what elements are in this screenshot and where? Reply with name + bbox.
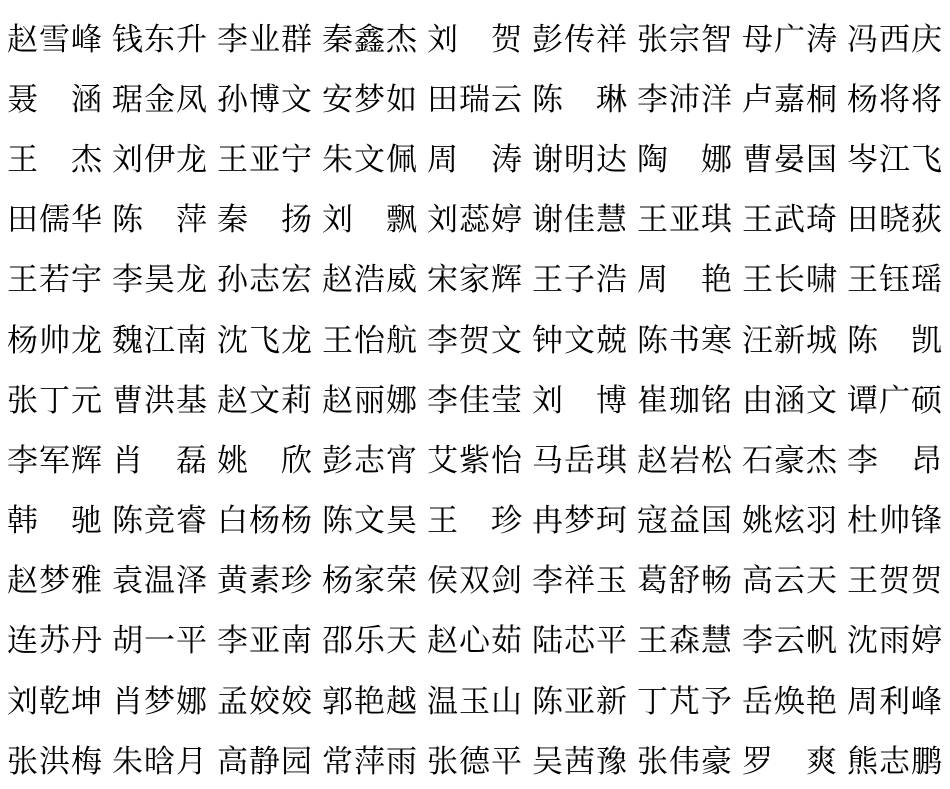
person-name: 王 珍 <box>427 495 523 540</box>
person-name: 邵乐天 <box>322 615 418 660</box>
person-name: 白杨杨 <box>217 495 313 540</box>
name-row: 张丁元曹洪基赵文莉赵丽娜李佳莹刘 博崔珈铭由涵文谭广硕 <box>7 367 943 427</box>
person-name: 聂 涵 <box>7 74 103 119</box>
person-name: 母广涛 <box>742 14 838 59</box>
name-row: 杨帅龙魏江南沈飞龙王怡航李贺文钟文兢陈书寒汪新城陈 凯 <box>7 307 943 367</box>
person-name: 安梦如 <box>322 74 418 119</box>
name-row: 李军辉肖 磊姚 欣彭志宵艾紫怡马岳琪赵岩松石豪杰李 昂 <box>7 427 943 487</box>
person-name: 赵浩威 <box>322 254 418 299</box>
name-list-page: 赵雪峰钱东升李业群秦鑫杰刘 贺彭传祥张宗智母广涛冯西庆聂 涵琚金凤孙博文安梦如田… <box>0 0 950 789</box>
person-name: 侯双剑 <box>427 555 523 600</box>
person-name: 陈文昊 <box>322 495 418 540</box>
person-name: 王若宇 <box>7 254 103 299</box>
person-name: 田晓荻 <box>847 194 943 239</box>
person-name: 王森慧 <box>637 615 733 660</box>
person-name: 马岳琪 <box>532 435 628 480</box>
person-name: 赵梦雅 <box>7 555 103 600</box>
person-name: 丁芃予 <box>637 676 733 721</box>
person-name: 陶 娜 <box>637 134 733 179</box>
person-name: 吴茜豫 <box>532 736 628 781</box>
person-name: 沈雨婷 <box>847 615 943 660</box>
person-name: 陈 萍 <box>112 194 208 239</box>
person-name: 张丁元 <box>7 375 103 420</box>
person-name: 肖梦娜 <box>112 676 208 721</box>
person-name: 田瑞云 <box>427 74 523 119</box>
person-name: 彭传祥 <box>532 14 628 59</box>
person-name: 陆芯平 <box>532 615 628 660</box>
person-name: 岑江飞 <box>847 134 943 179</box>
person-name: 李昊龙 <box>112 254 208 299</box>
person-name: 王 杰 <box>7 134 103 179</box>
person-name: 孙志宏 <box>217 254 313 299</box>
person-name: 李沛洋 <box>637 74 733 119</box>
name-row: 田儒华陈 萍秦 扬刘 飘刘蕊婷谢佳慧王亚琪王武琦田晓荻 <box>7 187 943 247</box>
person-name: 孙博文 <box>217 74 313 119</box>
person-name: 寇益国 <box>637 495 733 540</box>
person-name: 周 艳 <box>637 254 733 299</box>
person-name: 石豪杰 <box>742 435 838 480</box>
person-name: 岳焕艳 <box>742 676 838 721</box>
person-name: 刘 贺 <box>427 14 523 59</box>
person-name: 胡一平 <box>112 615 208 660</box>
person-name: 王贺贺 <box>847 555 943 600</box>
person-name: 葛舒畅 <box>637 555 733 600</box>
person-name: 李业群 <box>217 14 313 59</box>
person-name: 黄素珍 <box>217 555 313 600</box>
person-name: 朱文佩 <box>322 134 418 179</box>
person-name: 艾紫怡 <box>427 435 523 480</box>
person-name: 由涵文 <box>742 375 838 420</box>
person-name: 姚炫羽 <box>742 495 838 540</box>
person-name: 刘伊龙 <box>112 134 208 179</box>
person-name: 王怡航 <box>322 315 418 360</box>
name-row: 王 杰刘伊龙王亚宁朱文佩周 涛谢明达陶 娜曹晏国岑江飞 <box>7 126 943 186</box>
person-name: 刘蕊婷 <box>427 194 523 239</box>
person-name: 熊志鹏 <box>847 736 943 781</box>
person-name: 谢明达 <box>532 134 628 179</box>
name-row: 赵雪峰钱东升李业群秦鑫杰刘 贺彭传祥张宗智母广涛冯西庆 <box>7 6 943 66</box>
person-name: 张洪梅 <box>7 736 103 781</box>
person-name: 高云天 <box>742 555 838 600</box>
person-name: 谭广硕 <box>847 375 943 420</box>
name-grid: 赵雪峰钱东升李业群秦鑫杰刘 贺彭传祥张宗智母广涛冯西庆聂 涵琚金凤孙博文安梦如田… <box>7 6 943 789</box>
person-name: 崔珈铭 <box>637 375 733 420</box>
person-name: 宋家辉 <box>427 254 523 299</box>
person-name: 李贺文 <box>427 315 523 360</box>
name-row: 刘乾坤肖梦娜孟姣姣郭艳越温玉山陈亚新丁芃予岳焕艳周利峰 <box>7 668 943 728</box>
person-name: 彭志宵 <box>322 435 418 480</box>
person-name: 赵雪峰 <box>7 14 103 59</box>
person-name: 王子浩 <box>532 254 628 299</box>
person-name: 谢佳慧 <box>532 194 628 239</box>
person-name: 李军辉 <box>7 435 103 480</box>
person-name: 赵心茹 <box>427 615 523 660</box>
person-name: 冯西庆 <box>847 14 943 59</box>
person-name: 王钰瑶 <box>847 254 943 299</box>
name-row: 韩 驰陈竞睿白杨杨陈文昊王 珍冉梦珂寇益国姚炫羽杜帅锋 <box>7 488 943 548</box>
person-name: 赵丽娜 <box>322 375 418 420</box>
person-name: 杨将将 <box>847 74 943 119</box>
person-name: 刘乾坤 <box>7 676 103 721</box>
person-name: 陈书寒 <box>637 315 733 360</box>
person-name: 张宗智 <box>637 14 733 59</box>
person-name: 王亚琪 <box>637 194 733 239</box>
person-name: 魏江南 <box>112 315 208 360</box>
person-name: 周 涛 <box>427 134 523 179</box>
person-name: 李佳莹 <box>427 375 523 420</box>
person-name: 王长啸 <box>742 254 838 299</box>
name-row: 赵梦雅袁温泽黄素珍杨家荣侯双剑李祥玉葛舒畅高云天王贺贺 <box>7 548 943 608</box>
person-name: 秦 扬 <box>217 194 313 239</box>
person-name: 杨家荣 <box>322 555 418 600</box>
name-row: 聂 涵琚金凤孙博文安梦如田瑞云陈 琳李沛洋卢嘉桐杨将将 <box>7 66 943 126</box>
person-name: 沈飞龙 <box>217 315 313 360</box>
name-row: 王若宇李昊龙孙志宏赵浩威宋家辉王子浩周 艳王长啸王钰瑶 <box>7 247 943 307</box>
person-name: 袁温泽 <box>112 555 208 600</box>
person-name: 陈 凯 <box>847 315 943 360</box>
person-name: 汪新城 <box>742 315 838 360</box>
person-name: 秦鑫杰 <box>322 14 418 59</box>
person-name: 周利峰 <box>847 676 943 721</box>
person-name: 卢嘉桐 <box>742 74 838 119</box>
person-name: 陈竞睿 <box>112 495 208 540</box>
person-name: 杜帅锋 <box>847 495 943 540</box>
person-name: 高静园 <box>217 736 313 781</box>
person-name: 李 昂 <box>847 435 943 480</box>
person-name: 姚 欣 <box>217 435 313 480</box>
person-name: 琚金凤 <box>112 74 208 119</box>
person-name: 李亚南 <box>217 615 313 660</box>
person-name: 朱晗月 <box>112 736 208 781</box>
person-name: 罗 爽 <box>742 736 838 781</box>
person-name: 田儒华 <box>7 194 103 239</box>
person-name: 曹晏国 <box>742 134 838 179</box>
person-name: 肖 磊 <box>112 435 208 480</box>
person-name: 李云帆 <box>742 615 838 660</box>
person-name: 赵岩松 <box>637 435 733 480</box>
person-name: 常萍雨 <box>322 736 418 781</box>
person-name: 冉梦珂 <box>532 495 628 540</box>
person-name: 王亚宁 <box>217 134 313 179</box>
person-name: 连苏丹 <box>7 615 103 660</box>
name-row: 张洪梅朱晗月高静园常萍雨张德平吴茜豫张伟豪罗 爽熊志鹏 <box>7 728 943 788</box>
person-name: 郭艳越 <box>322 676 418 721</box>
person-name: 孟姣姣 <box>217 676 313 721</box>
person-name: 陈 琳 <box>532 74 628 119</box>
person-name: 王武琦 <box>742 194 838 239</box>
person-name: 刘 博 <box>532 375 628 420</box>
person-name: 温玉山 <box>427 676 523 721</box>
person-name: 刘 飘 <box>322 194 418 239</box>
person-name: 钟文兢 <box>532 315 628 360</box>
person-name: 韩 驰 <box>7 495 103 540</box>
person-name: 张伟豪 <box>637 736 733 781</box>
person-name: 赵文莉 <box>217 375 313 420</box>
person-name: 陈亚新 <box>532 676 628 721</box>
person-name: 曹洪基 <box>112 375 208 420</box>
name-row: 连苏丹胡一平李亚南邵乐天赵心茹陆芯平王森慧李云帆沈雨婷 <box>7 608 943 668</box>
person-name: 张德平 <box>427 736 523 781</box>
person-name: 杨帅龙 <box>7 315 103 360</box>
person-name: 钱东升 <box>112 14 208 59</box>
person-name: 李祥玉 <box>532 555 628 600</box>
